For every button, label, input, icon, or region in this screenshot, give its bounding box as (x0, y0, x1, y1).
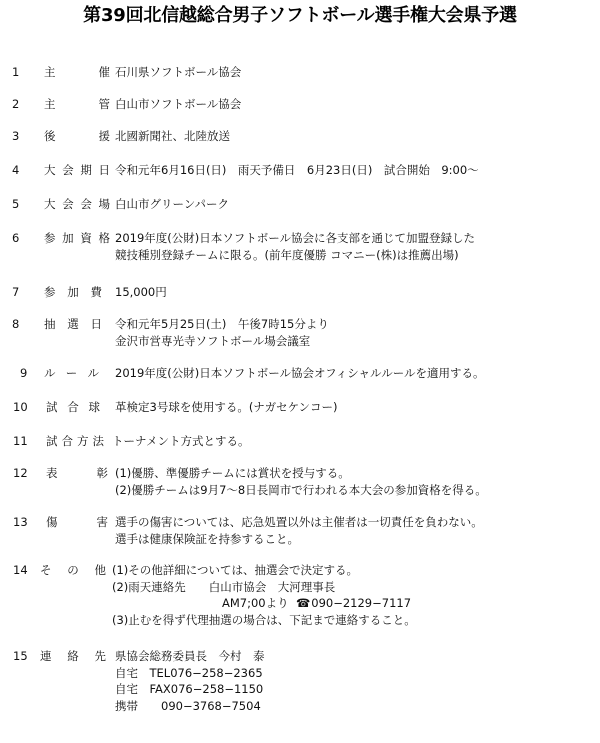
item-number: 8 (12, 316, 38, 333)
item-number: 15 (13, 648, 39, 665)
item-label: 主催 (44, 64, 110, 81)
item-label: その他 (40, 562, 106, 579)
item-content: 選手の傷害については、応急処置以外は主催者は一切責任を負わない。 選手は健康保険… (115, 514, 483, 547)
item-label: ルール (44, 365, 99, 382)
telephone-icon: ☎ (296, 596, 310, 610)
item-content: 県協会総務委員長 今村 泰 自宅 TEL076−258−2365 自宅 FAX0… (115, 648, 265, 714)
item-content: 革検定3号球を使用する。(ナガセケンコー) (115, 399, 337, 416)
item-content: 2019年度(公財)日本ソフトボール協会オフィシャルルールを適用する。 (115, 365, 485, 382)
item-label: 傷害 (46, 514, 108, 531)
item-number: 1 (12, 64, 38, 81)
item-content: (1)その他詳細については、抽選会で決定する。 (2)雨天連絡先 白山市協会 大… (112, 562, 416, 628)
item-content: 北國新聞社、北陸放送 (115, 128, 230, 145)
rain-contact-time: AM7;00より (222, 596, 289, 610)
item-content: 石川県ソフトボール協会 (115, 64, 241, 81)
item-number: 12 (13, 465, 39, 482)
item-content: 白山市ソフトボール協会 (115, 96, 241, 113)
item-label: 参加資格 (44, 230, 110, 247)
item-number: 14 (13, 562, 39, 579)
item-label: 主管 (44, 96, 110, 113)
item-label: 抽選日 (44, 316, 102, 333)
item-number: 3 (12, 128, 38, 145)
item-label: 後援 (44, 128, 110, 145)
item-label: 参加費 (44, 284, 102, 301)
item-label: 試合方法 (46, 433, 104, 450)
item-label: 連絡先 (40, 648, 106, 665)
item-content: (1)優勝、準優勝チームには賞状を授与する。 (2)優勝チームは9月7〜8日長岡… (115, 465, 487, 498)
item-content: 白山市グリーンパーク (115, 196, 229, 213)
item-number: 5 (12, 196, 38, 213)
item-label: 大会期日 (44, 162, 110, 179)
item-label: 表彰 (46, 465, 108, 482)
item-number: 10 (13, 399, 39, 416)
item-content: 令和元年6月16日(日) 雨天予備日 6月23日(日) 試合開始 9:00〜 (115, 162, 479, 179)
item-content: トーナメント方式とする。 (112, 433, 250, 450)
item-content: 2019年度(公財)日本ソフトボール協会に各支部を通じて加盟登録した 競技種別登… (115, 230, 475, 263)
item-number: 4 (12, 162, 38, 179)
item-number: 13 (13, 514, 39, 531)
item-label: 試合球 (46, 399, 100, 416)
rain-contact-phone: 090−2129−7117 (311, 596, 411, 610)
item-content: 15,000円 (115, 284, 167, 301)
item-number: 11 (13, 433, 39, 450)
document-title: 第39回北信越総合男子ソフトボール選手権大会県予選 (0, 4, 600, 28)
item-number: 7 (12, 284, 38, 301)
item-number: 9 (20, 365, 46, 382)
rain-contact-line: AM7;00より ☎090−2129−7117 (112, 595, 416, 612)
item-number: 6 (12, 230, 38, 247)
item-label: 大会会場 (44, 196, 110, 213)
item-content: 令和元年5月25日(土) 午後7時15分より 金沢市営専光寺ソフトボール場会議室 (115, 316, 329, 349)
item-number: 2 (12, 96, 38, 113)
